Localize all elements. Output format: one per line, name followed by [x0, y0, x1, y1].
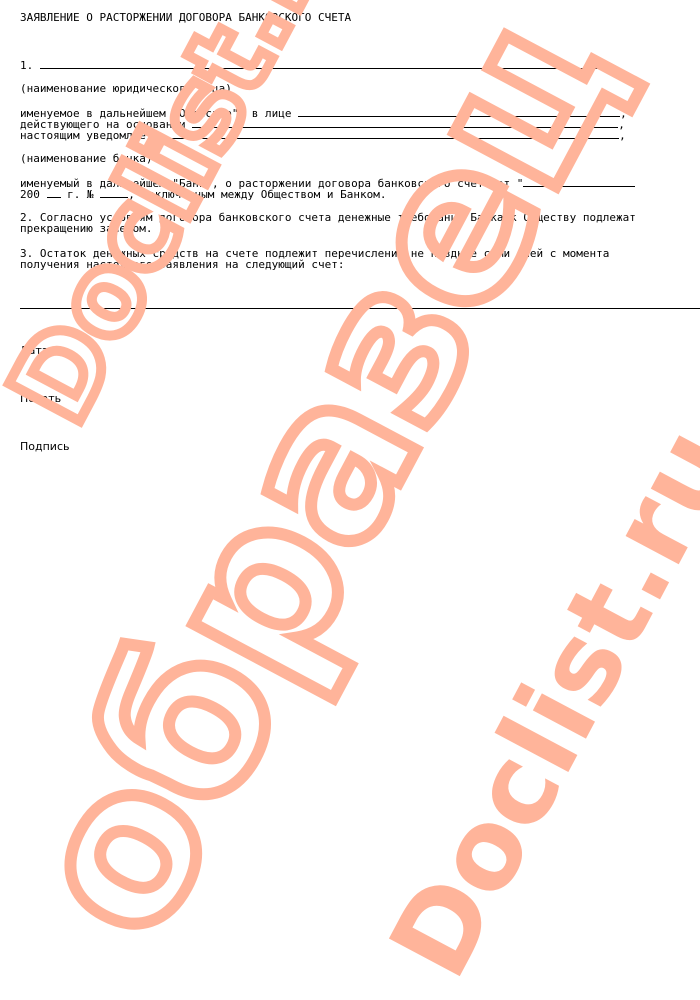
account-blank-line[interactable] — [20, 308, 700, 309]
month-blank[interactable] — [559, 177, 635, 187]
legal-entity-blank[interactable] — [40, 59, 602, 69]
watermark-text-2: образец — [0, 0, 665, 973]
document-title: ЗАЯВЛЕНИЕ О РАСТОРЖЕНИИ ДОГОВОРА БАНКОВС… — [20, 12, 351, 23]
bank-line-2: 200 г. № , заключенным между Обществом и… — [20, 188, 387, 200]
legal-entity-caption: (наименование юридического лица) — [20, 83, 232, 94]
day-blank[interactable] — [523, 177, 545, 187]
representative-blank[interactable] — [298, 107, 620, 117]
signature-label: Подпись — [20, 441, 69, 452]
date-label: Дата — [20, 345, 48, 356]
watermark-text-3: Doclist.ru — [365, 407, 700, 997]
bank-caption: (наименование банка) — [20, 153, 152, 164]
item-3-cont: получения настоящего заявления на следую… — [20, 259, 345, 270]
contract-number-blank[interactable] — [100, 188, 128, 198]
year-blank[interactable] — [47, 188, 61, 198]
item-2-cont: прекращению зачетом. — [20, 223, 152, 234]
watermark: Doclist.ru образец Doclist.ru — [0, 0, 700, 1000]
item-1-line: 1. , — [20, 59, 609, 71]
bank-name-blank[interactable] — [159, 129, 619, 139]
basis-blank[interactable] — [192, 118, 618, 128]
seal-label: Печать — [20, 393, 61, 404]
notifies-line: настоящим уведомляет , — [20, 129, 626, 141]
